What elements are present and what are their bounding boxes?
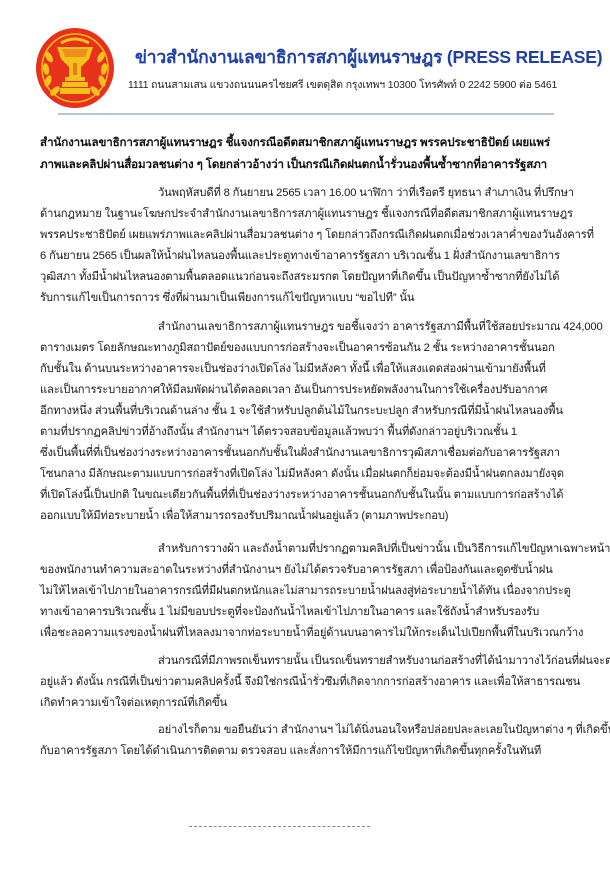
paragraph-line: และเป็นการระบายอากาศให้มีลมพัดผ่านได้ตลอ…	[40, 380, 580, 401]
press-release-header: ข่าวสำนักงานเลขาธิการสภาผู้แทนราษฎร (PRE…	[0, 0, 610, 125]
paragraph-line: ของพนักงานทำความสะอาดในระหว่างที่สำนักงา…	[40, 560, 580, 581]
paragraph-line: พรรคประชาธิปัตย์ เผยแพร่ภาพและคลิปผ่านสื…	[40, 225, 580, 246]
paragraph-line: ด้านกฎหมาย ในฐานะโฆษกประจำสำนักงานเลขาธิ…	[40, 204, 580, 225]
paragraph-line: ส่วนกรณีที่มีภาพรถเข็นทรายนั้น เป็นรถเข็…	[40, 651, 580, 672]
paragraph-line: อีกทางหนึ่ง ส่วนพื้นที่บริเวณด้านล่าง ชั…	[40, 401, 580, 422]
paragraph-line: กับชั้นใน ด้านบนระหว่างอาคารจะเป็นช่องว่…	[40, 359, 580, 380]
end-of-document-divider	[189, 826, 370, 827]
paragraph-line: สำนักงานเลขาธิการสภาผู้แทนราษฎร ขอชี้แจง…	[40, 317, 580, 338]
paragraph-line: ไม่ให้ไหลเข้าไปภายในอาคารกรณีที่มีฝนตกหน…	[40, 581, 580, 602]
header-divider	[58, 113, 554, 115]
paragraph-line: อยู่แล้ว ดังนั้น กรณีที่เป็นข่าวตามคลิปค…	[40, 672, 580, 693]
paragraph-line: โซนกลาง มีลักษณะตามแบบการก่อสร้างที่เปิด…	[40, 464, 580, 485]
office-address: 1111 ถนนสามเสน แขวงถนนนครไชยศรี เขตดุสิต…	[128, 76, 608, 93]
paragraph-line: อย่างไรก็ตาม ขอยืนยันว่า สำนักงานฯ ไม่ได…	[40, 720, 580, 741]
press-release-title: ข่าวสำนักงานเลขาธิการสภาผู้แทนราษฎร (PRE…	[135, 43, 605, 71]
paragraph-line: เกิดทำความเข้าใจต่อเหตุการณ์ที่เกิดขึ้น	[40, 693, 580, 714]
paragraph-cloth-buckets: สำหรับการวางผ้า และถังน้ำตามที่ปรากฏตามค…	[40, 539, 580, 644]
paragraph-line: กับอาคารรัฐสภา โดยได้ดำเนินการติดตาม ตรว…	[40, 741, 580, 762]
headline-line: สำนักงานเลขาธิการสภาผู้แทนราษฎร ชี้แจงกร…	[40, 132, 580, 154]
paragraph-line: ซึ่งเป็นพื้นที่ที่เป็นช่องว่างระหว่างอาค…	[40, 443, 580, 464]
paragraph-line: วันพฤหัสบดีที่ 8 กันยายน 2565 เวลา 16.00…	[40, 183, 580, 204]
paragraph-conclusion: อย่างไรก็ตาม ขอยืนยันว่า สำนักงานฯ ไม่ได…	[40, 720, 580, 762]
paragraph-building-design: สำนักงานเลขาธิการสภาผู้แทนราษฎร ขอชี้แจง…	[40, 317, 580, 527]
paragraph-statement: วันพฤหัสบดีที่ 8 กันยายน 2565 เวลา 16.00…	[40, 183, 580, 309]
headline-line: ภาพและคลิปผ่านสื่อมวลชนต่าง ๆ โดยกล่าวอ้…	[40, 154, 580, 176]
paragraph-line: ตามที่ปรากฏคลิปข่าวที่อ้างถึงนั้น สำนักง…	[40, 422, 580, 443]
paragraph-line: รับการแก้ไขเป็นการถาวร ซึ่งที่ผ่านมาเป็น…	[40, 288, 580, 309]
paragraph-line: วุฒิสภา ทั้งมีน้ำฝนไหลนองตามพื้นตลอดแนวก…	[40, 267, 580, 288]
headline: สำนักงานเลขาธิการสภาผู้แทนราษฎร ชี้แจงกร…	[40, 132, 580, 176]
paragraph-line: ตารางเมตร โดยลักษณะทางภูมิสถาปัตย์ของแบบ…	[40, 338, 580, 359]
paragraph-line: สำหรับการวางผ้า และถังน้ำตามที่ปรากฏตามค…	[40, 539, 580, 560]
paragraph-line: ที่เปิดโล่งนี้เป็นปกติ ในขณะเดียวกันพื้น…	[40, 485, 580, 506]
paragraph-line: ออกแบบให้มีท่อระบายน้ำ เพื่อให้สามารถรอง…	[40, 506, 580, 527]
paragraph-sand-cart: ส่วนกรณีที่มีภาพรถเข็นทรายนั้น เป็นรถเข็…	[40, 651, 580, 714]
paragraph-line: ทางเข้าอาคารบริเวณชั้น 1 ไม่มีขอบประตูที…	[40, 602, 580, 623]
paragraph-line: 6 กันยายน 2565 เป็นผลให้น้ำฝนไหลนองพื้นแ…	[40, 246, 580, 267]
parliament-emblem-icon	[35, 27, 115, 109]
paragraph-line: เพื่อชะลอความแรงของน้ำฝนที่ไหลลงมาจากท่อ…	[40, 623, 580, 644]
